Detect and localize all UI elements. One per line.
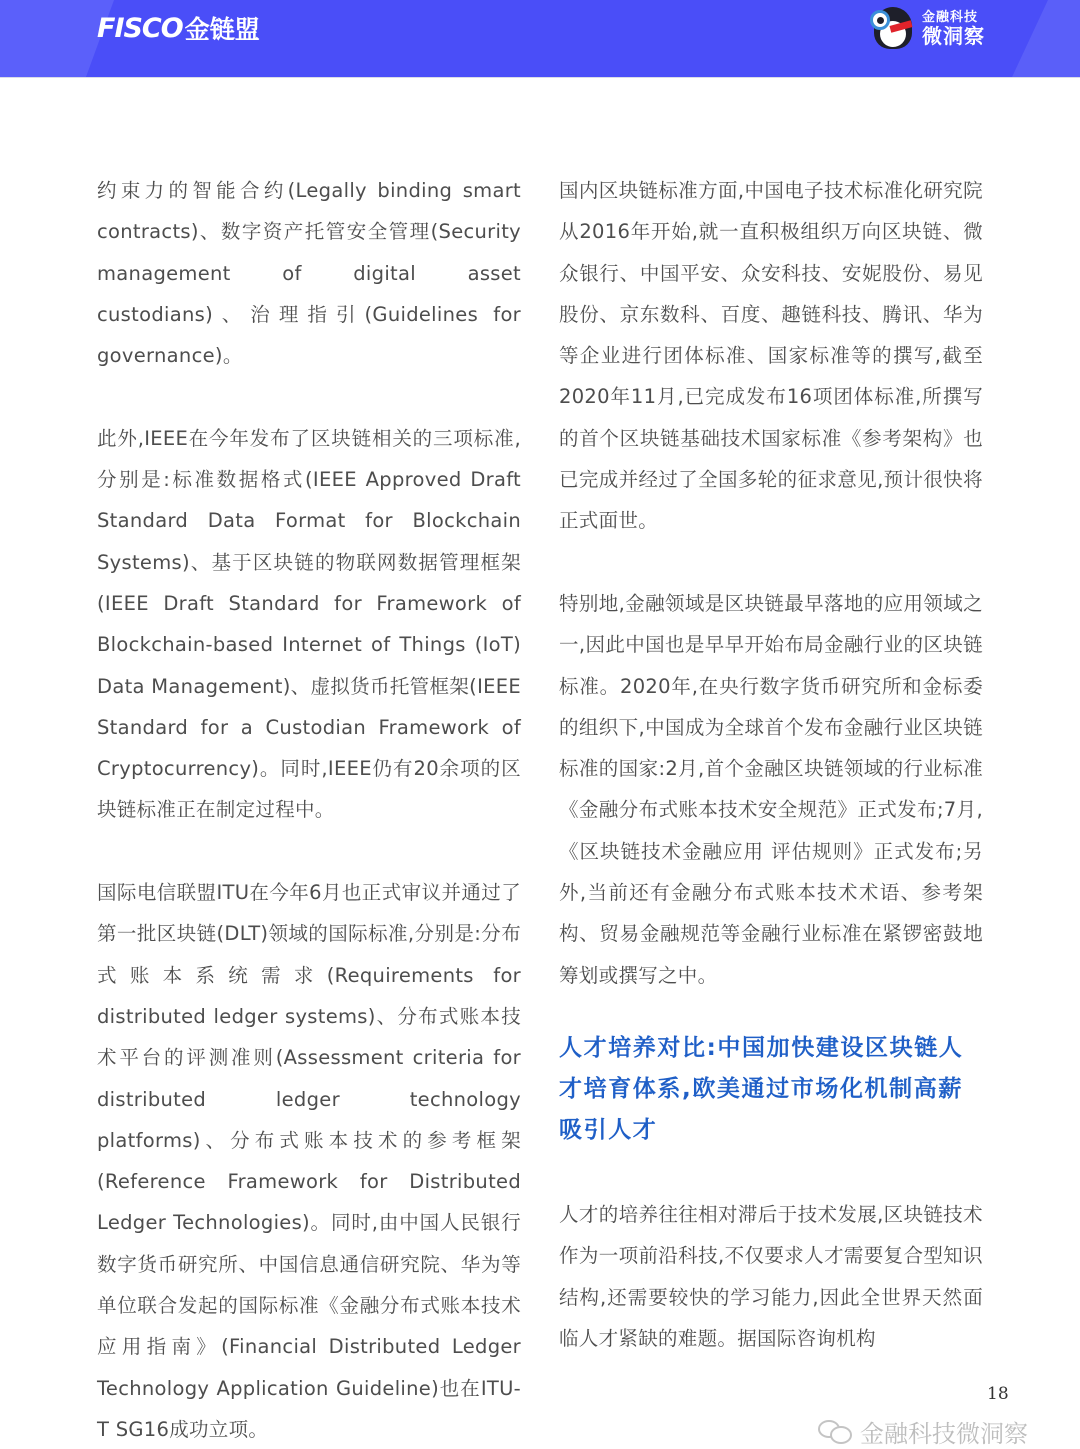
header-divider	[0, 77, 1080, 78]
paragraph: 人才的培养往往相对滞后于技术发展,区块链技术作为一项前沿科技,不仅要求人才需要复…	[559, 1194, 983, 1359]
brand-cn: 金链盟	[185, 10, 260, 46]
partner-name-line1: 金融科技	[922, 11, 985, 24]
right-column: 国内区块链标准方面,中国电子技术标准化研究院从2016年开始,就一直积极组织万向…	[559, 170, 983, 1359]
paragraph: 国内区块链标准方面,中国电子技术标准化研究院从2016年开始,就一直积极组织万向…	[559, 170, 983, 542]
partner-logo: 金融科技 微洞察	[870, 4, 985, 52]
paragraph: 国际电信联盟ITU在今年6月也正式审议并通过了第一批区块链(DLT)领域的国际标…	[97, 872, 521, 1449]
brand-latin: FISCO	[97, 13, 183, 44]
left-column: 约束力的智能合约(Legally binding smart contracts…	[97, 170, 521, 1449]
paragraph: 约束力的智能合约(Legally binding smart contracts…	[97, 170, 521, 376]
partner-name-line2: 微洞察	[922, 26, 985, 46]
fisco-logo: FISCO 金链盟	[97, 10, 260, 46]
wechat-icon	[818, 1418, 854, 1446]
watermark-text: 金融科技微洞察	[860, 1414, 1028, 1449]
header-decor-stripe	[1012, 0, 1080, 77]
section-heading: 人才培养对比:中国加快建设区块链人才培育体系,欧美通过市场化机制高薪吸引人才	[559, 1028, 983, 1151]
page-header-bar: FISCO 金链盟 金融科技 微洞察	[0, 0, 1080, 77]
paragraph: 特别地,金融领域是区块链最早落地的应用领域之一,因此中国也是早早开始布局金融行业…	[559, 583, 983, 996]
watermark: 金融科技微洞察	[818, 1414, 1028, 1449]
penguin-magnifier-icon	[870, 5, 914, 51]
page-number: 18	[987, 1384, 1009, 1404]
paragraph: 此外,IEEE在今年发布了区块链相关的三项标准,分别是:标准数据格式(IEEE …	[97, 418, 521, 831]
